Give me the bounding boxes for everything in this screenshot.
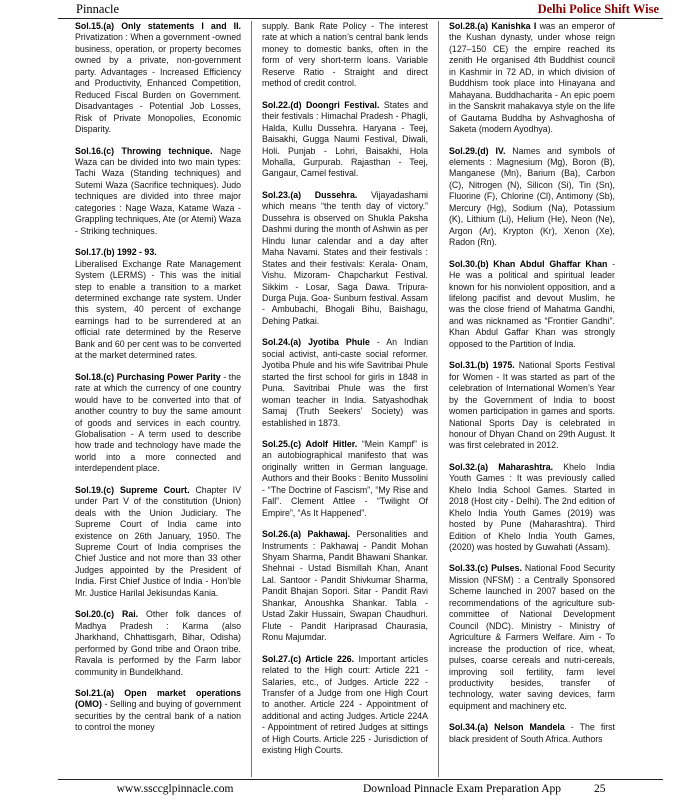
sol-28: Sol.28.(a) Kanishka I was an emperor of … bbox=[449, 21, 615, 136]
footer-app-text: Download Pinnacle Exam Preparation App bbox=[363, 781, 561, 798]
sol-23: Sol.23.(a) Dussehra. Vijayadashami which… bbox=[262, 190, 428, 327]
sol-22: Sol.22.(d) Doongri Festival. States and … bbox=[262, 100, 428, 180]
header-rule bbox=[58, 18, 663, 19]
header-title: Delhi Police Shift Wise bbox=[538, 1, 659, 17]
page-header: Pinnacle Delhi Police Shift Wise bbox=[0, 1, 683, 17]
sol-20: Sol.20.(c) Rai. Other folk dances of Mad… bbox=[75, 609, 241, 678]
header-brand: Pinnacle bbox=[76, 1, 119, 17]
sol-15: Sol.15.(a) Only statements I and II. Pri… bbox=[75, 21, 241, 136]
column-3: Sol.28.(a) Kanishka I was an emperor of … bbox=[449, 21, 615, 777]
sol-17: Sol.17.(b) 1992 - 93.Liberalised Exchang… bbox=[75, 247, 241, 362]
content-columns: Sol.15.(a) Only statements I and II. Pri… bbox=[75, 21, 615, 777]
sol-27: Sol.27.(c) Article 226. Important articl… bbox=[262, 654, 428, 757]
sol-32: Sol.32.(a) Maharashtra. Khelo India Yout… bbox=[449, 462, 615, 554]
sol-26: Sol.26.(a) Pakhawaj. Personalities and I… bbox=[262, 529, 428, 644]
sol-25: Sol.25.(c) Adolf Hitler. “Mein Kampf” is… bbox=[262, 439, 428, 519]
sol-21: Sol.21.(a) Open market operations (OMO) … bbox=[75, 688, 241, 734]
sol-29: Sol.29.(d) IV. Names and symbols of elem… bbox=[449, 146, 615, 249]
sol-34: Sol.34.(a) Nelson Mandela - The first bl… bbox=[449, 722, 615, 745]
sol-30: Sol.30.(b) Khan Abdul Ghaffar Khan - He … bbox=[449, 259, 615, 351]
sol-19: Sol.19.(c) Supreme Court. Chapter IV und… bbox=[75, 485, 241, 600]
footer-page-number: 25 bbox=[594, 781, 606, 798]
document-page: Pinnacle Delhi Police Shift Wise Sol.15.… bbox=[0, 0, 683, 800]
sol-21-continuation: supply. Bank Rate Policy - The interest … bbox=[262, 21, 428, 90]
column-divider-1 bbox=[251, 21, 252, 777]
sol-31: Sol.31.(b) 1975. National Sports Festiva… bbox=[449, 360, 615, 452]
page-footer: www.ssccglpinnacle.com Download Pinnacle… bbox=[0, 781, 683, 799]
column-2: supply. Bank Rate Policy - The interest … bbox=[262, 21, 428, 777]
sol-16: Sol.16.(c) Throwing technique. Nage Waza… bbox=[75, 146, 241, 238]
column-1: Sol.15.(a) Only statements I and II. Pri… bbox=[75, 21, 241, 777]
column-divider-2 bbox=[438, 21, 439, 777]
sol-18: Sol.18.(c) Purchasing Power Parity - the… bbox=[75, 372, 241, 475]
footer-website-link[interactable]: www.ssccglpinnacle.com bbox=[117, 781, 234, 798]
footer-rule bbox=[58, 779, 663, 780]
sol-33: Sol.33.(c) Pulses. National Food Securit… bbox=[449, 563, 615, 712]
sol-24: Sol.24.(a) Jyotiba Phule - An Indian soc… bbox=[262, 337, 428, 429]
